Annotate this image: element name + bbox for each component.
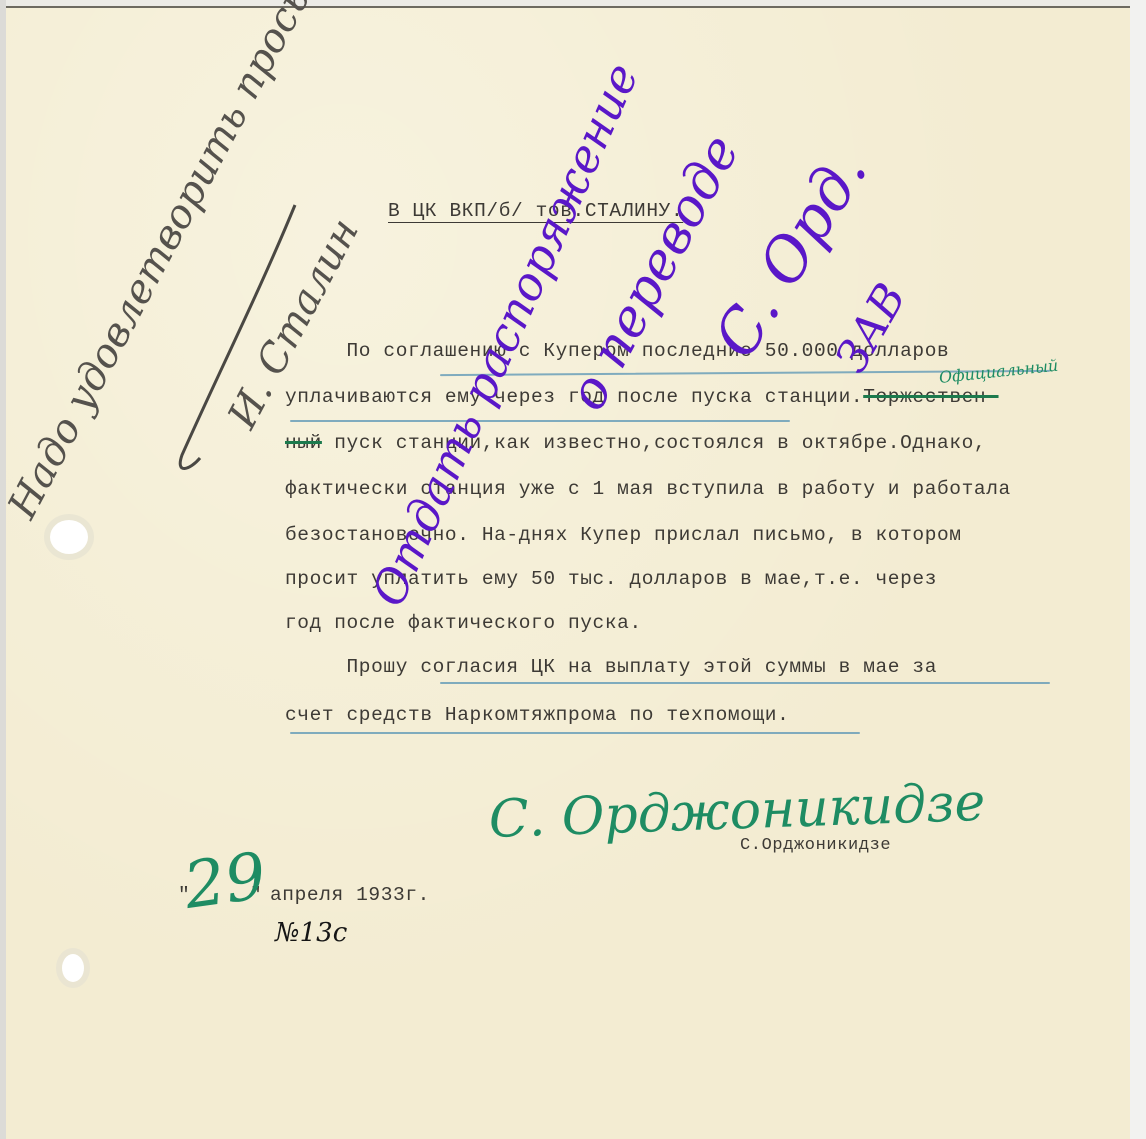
struck-word: Торжествен- bbox=[863, 386, 998, 408]
paper-tear bbox=[62, 954, 84, 982]
body-line-7: год после фактического пуска. bbox=[285, 612, 642, 634]
body-line-9: счет средств Наркомтяжпрома по техпомощи… bbox=[285, 704, 789, 726]
registration-number: №13с bbox=[275, 918, 347, 948]
blue-underline bbox=[440, 682, 1050, 684]
scan-right-edge bbox=[1130, 0, 1146, 1139]
body-line-4: фактически станция уже с 1 мая вступила … bbox=[285, 478, 1011, 500]
body-line-2: уплачиваются ему через год после пуска с… bbox=[285, 386, 999, 408]
blue-underline bbox=[290, 420, 790, 422]
body-line-8: Прошу согласия ЦК на выплату этой суммы … bbox=[285, 656, 937, 678]
paper-tear bbox=[50, 520, 88, 554]
pencil-stroke bbox=[170, 200, 310, 500]
handwritten-day: 29 bbox=[180, 839, 271, 924]
body-line-3: ный пуск станции,как известно,состоялся … bbox=[285, 432, 986, 454]
blue-underline bbox=[290, 732, 860, 734]
date-text: апреля 1933г. bbox=[270, 884, 430, 906]
